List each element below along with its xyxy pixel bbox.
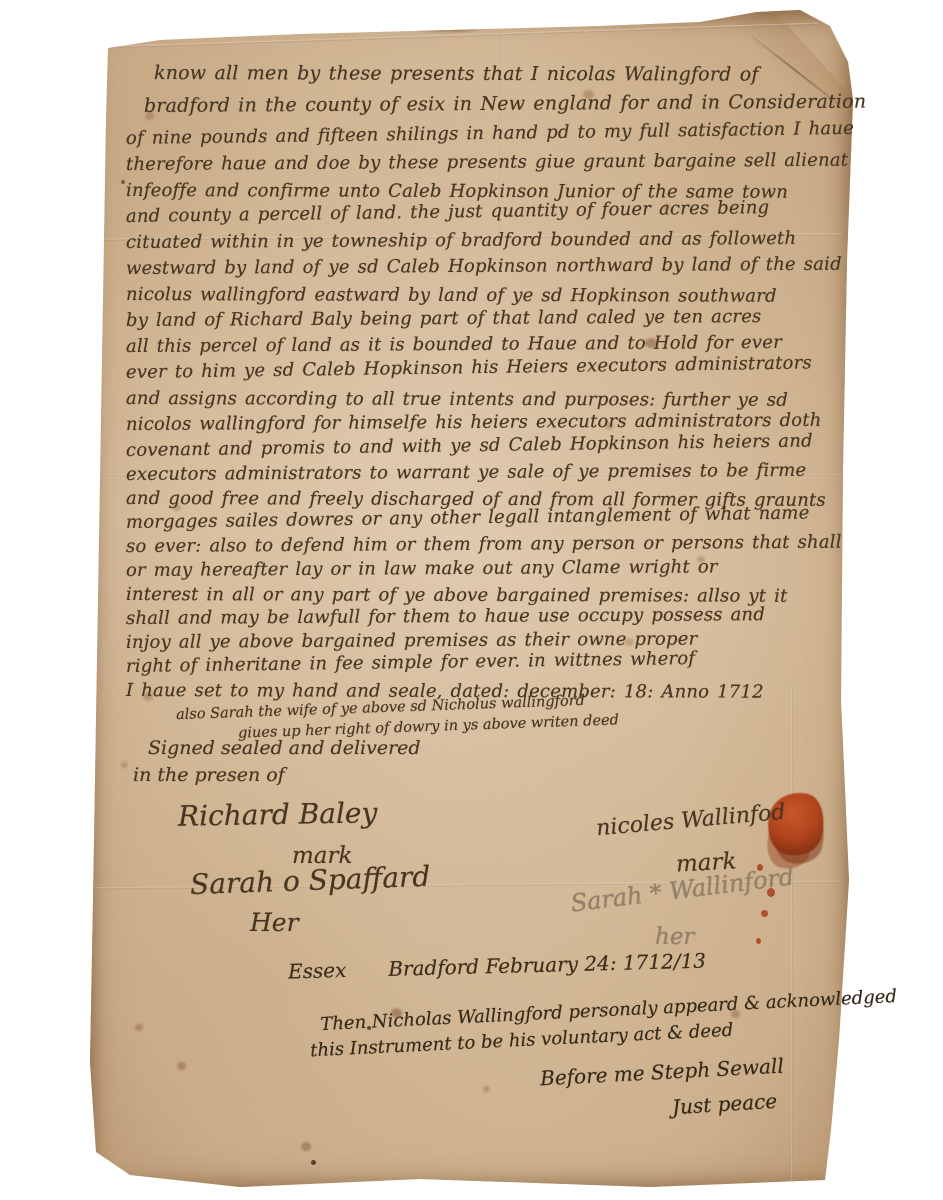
deed-line: westward by land of ye sd Caleb Hopkinso…: [126, 253, 866, 284]
witness-mark-label: Her: [250, 908, 299, 937]
deed-line: therefore haue and doe by these presents…: [126, 149, 866, 180]
handwritten-text-layer: know all men by these presents that I ni…: [0, 0, 943, 1200]
closing-line: in the presen of: [133, 764, 285, 786]
jurisdiction-label: Essex: [288, 958, 347, 984]
place-date-label: Bradford February 24: 1712/13: [388, 949, 706, 981]
acknowledgment-place-date: EssexBradford February 24: 1712/13: [288, 949, 707, 984]
closing-line: Signed sealed and delivered: [148, 737, 421, 759]
official-title: Just peace: [671, 1089, 777, 1119]
document-scan: know all men by these presents that I ni…: [0, 0, 943, 1200]
grantor-mark-label: her: [655, 924, 694, 950]
deed-line: or may hereafter lay or in law make out …: [126, 555, 866, 584]
witness-signature: Richard Baley: [178, 796, 378, 832]
official-signature: Before me Steph Sewall: [540, 1054, 785, 1091]
deed-line: executors administrators to warrant ye s…: [126, 459, 866, 488]
deed-body: know all men by these presents that I ni…: [126, 62, 866, 704]
grantor-signature: nicoles Wallinfod: [595, 800, 786, 841]
witness-signature: Sarah o Spaffard: [189, 860, 430, 901]
